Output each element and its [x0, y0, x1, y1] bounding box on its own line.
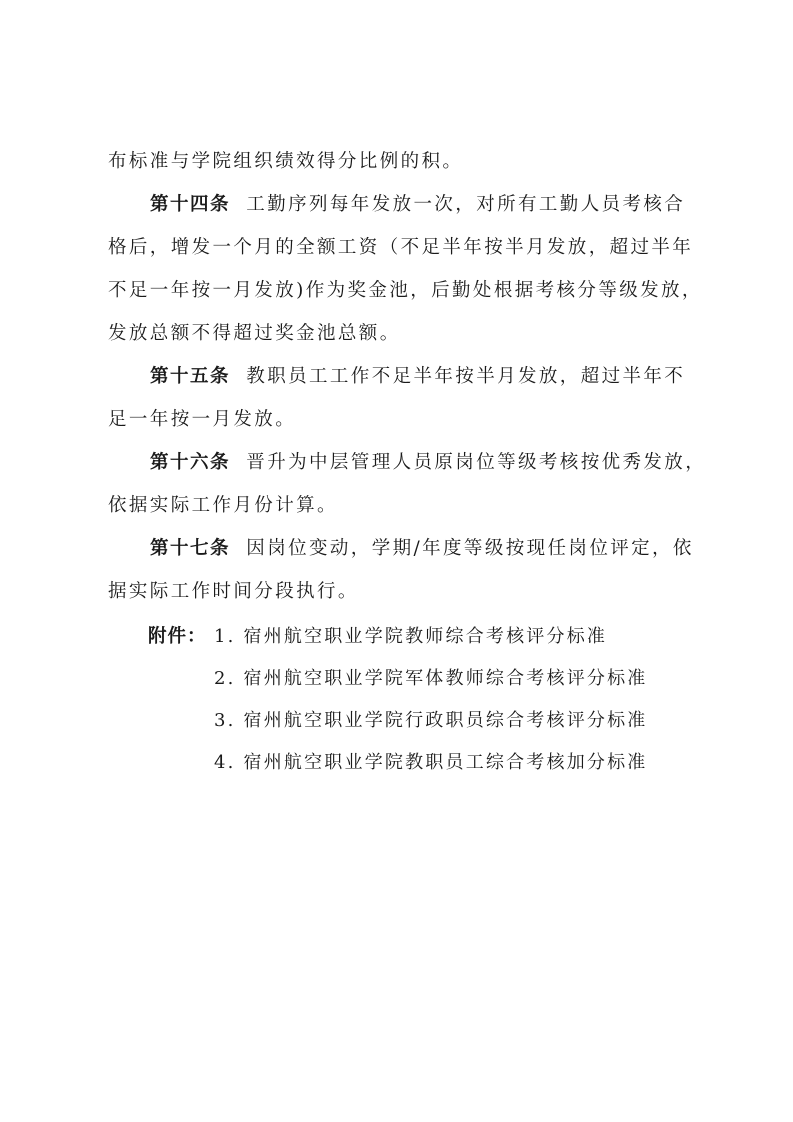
article-16-line-1: 第十六条 晋升为中层管理人员原岗位等级考核按优秀发放， [150, 451, 706, 475]
article-16-line-2: 依据实际工作月份计算。 [108, 494, 338, 518]
attachment-item: 1. 宿州航空职业学院教师综合考核评分标准 [214, 625, 607, 649]
article-16-heading: 第十六条 [150, 452, 230, 473]
attachments-label: 附件： [148, 625, 207, 649]
attachment-item: 3. 宿州航空职业学院行政职员综合考核评分标准 [214, 709, 648, 733]
paragraph-continuation: 布标准与学院组织绩效得分比例的积。 [108, 150, 463, 174]
article-14-line-2: 格后，增发一个月的全额工资（不足半年按半月发放，超过半年 [108, 236, 693, 260]
attachment-item: 2. 宿州航空职业学院军体教师综合考核评分标准 [214, 667, 648, 691]
article-15-line-2: 足一年按一月发放。 [108, 408, 296, 432]
article-17-line-2: 据实际工作时间分段执行。 [108, 580, 359, 604]
attachment-item: 4. 宿州航空职业学院教职员工综合考核加分标准 [214, 751, 648, 775]
article-17-line-1: 第十七条 因岗位变动，学期/年度等级按现任岗位评定，依 [150, 537, 694, 561]
article-14-line-3: 不足一年按一月发放)作为奖金池，后勤处根据考核分等级发放， [108, 279, 703, 303]
article-17-heading: 第十七条 [150, 538, 230, 559]
article-15-line-1: 第十五条 教职员工工作不足半年按半月发放，超过半年不 [150, 365, 685, 389]
article-14-line-1: 第十四条 工勤序列每年发放一次，对所有工勤人员考核合 [150, 193, 685, 217]
article-15-heading: 第十五条 [150, 366, 230, 387]
article-14-line-4: 发放总额不得超过奖金池总额。 [108, 322, 401, 346]
article-14-heading: 第十四条 [150, 194, 230, 215]
